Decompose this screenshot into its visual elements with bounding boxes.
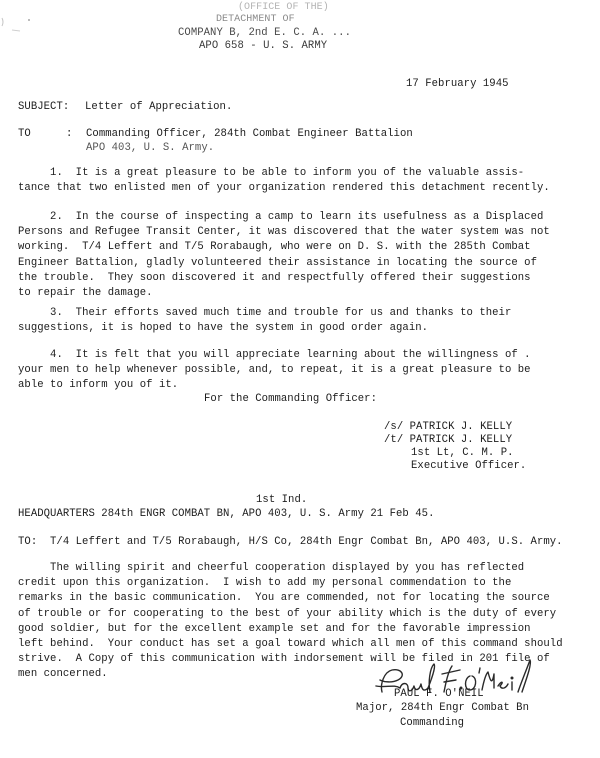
paragraph-line: 1. It is a great pleasure to be able to … xyxy=(18,166,588,181)
paragraph-line: to repair the damage. xyxy=(18,286,588,301)
sig2-title: Commanding xyxy=(400,716,464,731)
sig2-rank: Major, 284th Engr Combat Bn xyxy=(356,701,529,716)
letter-date: 17 February 1945 xyxy=(406,78,509,90)
paragraph-line: working. T/4 Leffert and T/5 Rorabaugh, … xyxy=(18,240,588,255)
paragraph-line: 2. In the course of inspecting a camp to… xyxy=(18,210,588,225)
paragraph-3: 3. Their efforts saved much time and tro… xyxy=(18,306,588,336)
to-separator: : xyxy=(66,128,72,140)
paragraph-line: Engineer Battalion, gladly volunteered t… xyxy=(18,256,588,271)
paragraph-line: the trouble. They soon discovered it and… xyxy=(18,271,588,286)
paragraph-line: Persons and Refugee Transit Center, it w… xyxy=(18,225,588,240)
paragraph-line: remarks in the basic communication. You … xyxy=(18,591,588,606)
sig2-typed: PAUL F. O'NEIL xyxy=(394,687,484,702)
letter-page: (OFFICE OF THE) DETACHMENT OF COMPANY B,… xyxy=(0,0,600,758)
paragraph-line: your men to help whenever possible, and,… xyxy=(18,363,588,378)
indorsement-to-label: TO: xyxy=(18,536,37,548)
paragraph-line: 4. It is felt that you will appreciate l… xyxy=(18,348,588,363)
letterhead-line-4: APO 658 - U. S. ARMY xyxy=(199,40,327,52)
letterhead-line-2: DETACHMENT OF xyxy=(216,14,295,25)
paragraph-line: able to inform you of it. xyxy=(18,378,588,393)
to-addressee-line-1: Commanding Officer, 284th Combat Enginee… xyxy=(86,128,413,140)
paragraph-line: 3. Their efforts saved much time and tro… xyxy=(18,306,588,321)
to-addressee-line-2: APO 403, U. S. Army. xyxy=(86,142,214,154)
indorsement-to-value: T/4 Leffert and T/5 Rorabaugh, H/S Co, 2… xyxy=(50,536,563,548)
paragraph-line: left behind. Your conduct has set a goal… xyxy=(18,637,588,652)
paragraph-line: credit upon this organization. I wish to… xyxy=(18,576,588,591)
paragraph-1: 1. It is a great pleasure to be able to … xyxy=(18,166,588,196)
letterhead-line-3: COMPANY B, 2nd E. C. A. ... xyxy=(178,27,351,39)
paragraph-line: good soldier, but for the excellent exam… xyxy=(18,622,588,637)
paragraph-line: The willing spirit and cheerful cooperat… xyxy=(18,561,588,576)
indorsement-heading: 1st Ind. xyxy=(256,494,307,506)
sig1-title: Executive Officer. xyxy=(411,459,526,474)
paragraph-line: tance that two enlisted men of your orga… xyxy=(18,181,588,196)
letterhead-line-1: (OFFICE OF THE) xyxy=(238,2,329,13)
paragraph-line: suggestions, it is hoped to have the sys… xyxy=(18,321,588,336)
indorsement-headquarters: HEADQUARTERS 284th ENGR COMBAT BN, APO 4… xyxy=(18,508,434,520)
subject-label: SUBJECT: xyxy=(18,101,69,113)
corner-smudge xyxy=(0,14,60,38)
subject-value: Letter of Appreciation. xyxy=(85,101,232,113)
paragraph-line: of trouble or for cooperating to the bes… xyxy=(18,607,588,622)
to-label: TO xyxy=(18,128,31,140)
paragraph-4: 4. It is felt that you will appreciate l… xyxy=(18,348,588,394)
closing-line: For the Commanding Officer: xyxy=(204,393,377,405)
paragraph-2: 2. In the course of inspecting a camp to… xyxy=(18,210,588,301)
